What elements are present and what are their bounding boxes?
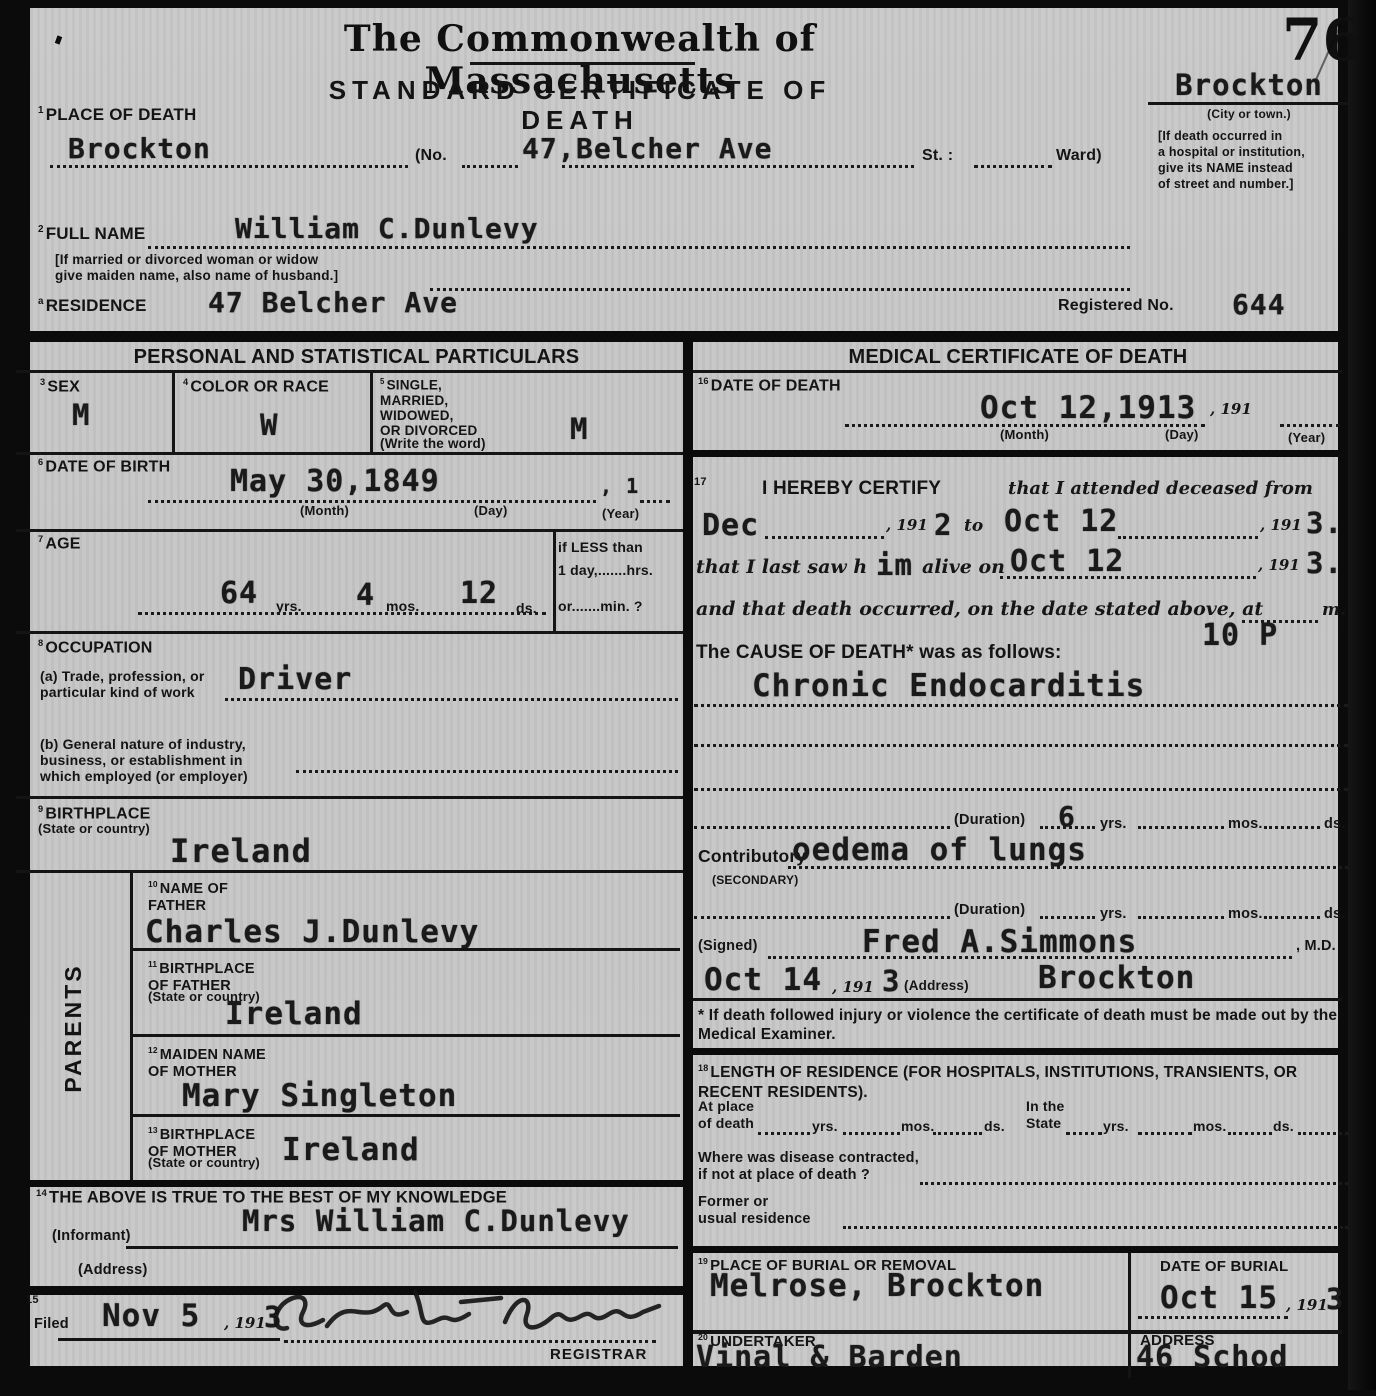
age-box-divider xyxy=(553,531,556,631)
duration2-lead-line xyxy=(694,916,950,919)
occupation-number: 8 xyxy=(38,638,43,648)
last-saw-year-value: 3. xyxy=(1306,546,1343,580)
last-saw-year-printed: , 191 xyxy=(1258,556,1300,574)
cause-of-death-label: The CAUSE OF DEATH* was as follows: xyxy=(696,642,1062,664)
mother-name-number: 12 xyxy=(148,1045,158,1055)
attended-from-year-value: 2 xyxy=(934,508,952,542)
full-name-number: 2 xyxy=(38,224,44,235)
examiner-note: * If death followed injury or violence t… xyxy=(698,1006,1346,1044)
informant-line xyxy=(126,1246,678,1249)
occupation-label: 8OCCUPATION xyxy=(38,638,153,658)
father-name-label: 10NAME OF FATHER xyxy=(148,876,228,915)
residence-text: RESIDENCE xyxy=(46,296,147,315)
age-line xyxy=(138,612,546,615)
row-rule-3 xyxy=(16,631,683,634)
house-number-value: 47, xyxy=(522,132,576,165)
death-date-value: Oct 12,1913 xyxy=(980,390,1196,426)
sign-rule xyxy=(693,998,1342,1001)
death-month-caption: (Month) xyxy=(1000,428,1049,443)
birth-value: May 30,1849 xyxy=(230,464,440,499)
scan-edge-top xyxy=(0,0,1376,8)
duration1-label: (Duration) xyxy=(954,812,1025,829)
death-certificate-scan: The Commonwealth of Massachusetts 76 STA… xyxy=(0,0,1376,1396)
father-birthplace-number: 11 xyxy=(148,959,157,969)
death-date-text: DATE OF DEATH xyxy=(711,377,841,394)
right-header-rule xyxy=(693,370,1342,373)
signed-label: (Signed) xyxy=(698,938,758,955)
birthplace-caption: (State or country) xyxy=(38,822,150,837)
burial-cell-divider xyxy=(1128,1253,1131,1332)
sign-year-printed: , 191 xyxy=(832,978,874,996)
birth-year-mark: , 1 xyxy=(600,474,639,498)
color-marital-divider xyxy=(370,373,373,452)
duration2-label: (Duration) xyxy=(954,902,1025,919)
full-name-text: FULL NAME xyxy=(46,224,146,243)
father-name-text: NAME OF FATHER xyxy=(148,881,228,914)
mother-birthplace-value: Ireland xyxy=(282,1132,420,1168)
scan-edge-bottom xyxy=(0,1390,1376,1396)
maiden-note: [If married or divorced woman or widow g… xyxy=(55,252,338,284)
mother-name-label: 12MAIDEN NAME OF MOTHER xyxy=(148,1042,266,1081)
commonwealth-underline xyxy=(470,62,695,65)
color-label: 4COLOR OR RACE xyxy=(183,377,329,397)
color-text: COLOR OR RACE xyxy=(190,378,329,395)
death-year-caption: (Year) xyxy=(1288,431,1325,446)
sex-value: M xyxy=(72,398,90,432)
contributory-line xyxy=(788,866,1348,869)
age-label: 7AGE xyxy=(38,534,81,554)
father-birthplace-value: Ireland xyxy=(225,996,363,1032)
attended-from-line xyxy=(765,536,884,539)
place-of-death-text: PLACE OF DEATH xyxy=(46,105,197,124)
mother-name-text: MAIDEN NAME OF MOTHER xyxy=(148,1047,266,1080)
row-rule-2 xyxy=(16,529,683,532)
at-place-label: At place of death xyxy=(698,1098,754,1132)
street-value: Belcher Ave xyxy=(576,132,772,165)
mother-name-line xyxy=(130,1114,680,1117)
certify-line1b: that I attended deceased from xyxy=(1008,478,1313,499)
death-date-label: 16DATE OF DEATH xyxy=(698,376,841,396)
contributory-label: Contributory xyxy=(698,846,806,866)
duration1-ds: ds. xyxy=(1324,816,1346,833)
birth-year-line xyxy=(640,500,670,503)
city-or-town-value: Brockton xyxy=(1150,68,1348,102)
place-line-2 xyxy=(462,165,518,168)
duration1-seg-3 xyxy=(1264,826,1320,829)
place-of-death-label: 1PLACE OF DEATH xyxy=(38,105,196,125)
full-name-label: 2FULL NAME xyxy=(38,224,145,244)
birthplace-value: Ireland xyxy=(170,832,312,870)
res-seg-6 xyxy=(1228,1132,1272,1135)
former-residence-label: Former or usual residence xyxy=(698,1194,811,1228)
sex-label: 3SEX xyxy=(40,377,80,397)
attended-to-line xyxy=(1118,536,1258,539)
res-yrs-2: yrs. xyxy=(1103,1118,1129,1134)
residence-label: aRESIDENCE xyxy=(38,296,147,316)
filed-line xyxy=(58,1338,280,1341)
informant-caption: (Informant) xyxy=(52,1228,131,1245)
sign-address-label: (Address) xyxy=(904,978,969,994)
duration1-seg-2 xyxy=(1138,826,1224,829)
hospital-note: [If death occurred in a hospital or inst… xyxy=(1158,128,1350,192)
residence18-bottom-bar xyxy=(693,1246,1342,1253)
row-rule-1 xyxy=(16,452,683,455)
death-date-bottom-bar xyxy=(693,450,1342,457)
residence-value: 47 Belcher Ave xyxy=(208,286,458,319)
residence18-number: 18 xyxy=(698,1063,708,1073)
duration2-mos: mos. xyxy=(1228,906,1263,923)
informant-number: 14 xyxy=(36,1188,47,1199)
burial-year-printed: , 191 xyxy=(1286,1296,1328,1314)
city-or-town-caption: (City or town.) xyxy=(1150,108,1348,122)
res-seg-3 xyxy=(933,1132,982,1135)
last-saw-mid: alive on xyxy=(922,556,1005,578)
occupation-b-line xyxy=(296,770,678,773)
last-saw-line xyxy=(1000,576,1256,579)
birth-line xyxy=(148,500,596,503)
filed-year-printed: , 191 xyxy=(224,1314,266,1332)
death-date-year-line xyxy=(1280,424,1340,427)
signed-line xyxy=(768,956,1292,959)
cause-line-3 xyxy=(694,788,1348,791)
marital-text: SINGLE, MARRIED, WIDOWED, OR DIVORCED xyxy=(380,378,477,438)
res-mos-1: mos. xyxy=(901,1118,934,1134)
duration1-seg-1 xyxy=(1040,826,1095,829)
father-birthplace-line xyxy=(130,1034,680,1037)
last-saw-fill: im xyxy=(876,548,913,582)
occupation-b-label: (b) General nature of industry, business… xyxy=(40,736,248,784)
cause-line-1 xyxy=(694,704,1348,707)
occupation-a-value: Driver xyxy=(238,662,352,697)
right-section-header: MEDICAL CERTIFICATE OF DEATH xyxy=(693,346,1343,369)
attended-from-value: Dec xyxy=(702,508,759,543)
mother-birthplace-caption: (State or country) xyxy=(148,1156,260,1171)
header-divider-bar xyxy=(16,331,1348,342)
row-rule-5 xyxy=(16,870,683,873)
sign-year-value: 3 xyxy=(882,964,900,998)
secondary-caption: (SECONDARY) xyxy=(712,874,798,888)
parents-bottom-bar xyxy=(16,1180,683,1187)
scan-edge-left xyxy=(0,8,16,1396)
undertaker-value: Vinal & Barden xyxy=(696,1340,963,1375)
age-days-value: 12 xyxy=(460,576,498,611)
father-name-value: Charles J.Dunlevy xyxy=(145,914,479,950)
birth-label: 6DATE OF BIRTH xyxy=(38,457,170,477)
age-text: AGE xyxy=(45,535,80,552)
signed-value: Fred A.Simmons xyxy=(862,924,1137,960)
duration2-seg-3 xyxy=(1264,916,1320,919)
mother-birthplace-number: 13 xyxy=(148,1125,158,1135)
burial-year-value: 3 xyxy=(1326,1282,1344,1316)
filed-label: Filed xyxy=(34,1316,69,1333)
examiner-bottom-bar xyxy=(693,1048,1342,1055)
burial-number: 19 xyxy=(698,1256,708,1266)
birthplace-number: 9 xyxy=(38,804,43,814)
duration2-yrs: yrs. xyxy=(1100,906,1127,923)
birth-number: 6 xyxy=(38,457,43,467)
birth-text: DATE OF BIRTH xyxy=(45,458,170,475)
age-months-value: 4 xyxy=(356,578,375,613)
certify-number: 17 xyxy=(694,476,707,489)
scan-edge-right xyxy=(1348,0,1376,1396)
burial-date-line xyxy=(1138,1316,1288,1319)
in-the-state-label: In the State xyxy=(1026,1098,1065,1132)
duration1-mos: mos. xyxy=(1228,816,1263,833)
death-day-caption: (Day) xyxy=(1165,428,1199,443)
full-name-value: William C.Dunlevy xyxy=(235,212,539,245)
attended-to-year-printed: , 191 xyxy=(1260,516,1302,534)
place-line-4 xyxy=(974,165,1052,168)
attended-to-value: Oct 12 xyxy=(1004,504,1118,539)
res-seg-2 xyxy=(843,1132,900,1135)
father-name-line xyxy=(130,948,680,951)
undertaker-cell-divider xyxy=(1128,1334,1131,1378)
undertaker-address-value: 46 Schod xyxy=(1136,1340,1289,1375)
occupation-a-label: (a) Trade, profession, or particular kin… xyxy=(40,668,204,700)
registered-no-label: Registered No. xyxy=(1058,297,1174,315)
marital-label: 5SINGLE, MARRIED, WIDOWED, OR DIVORCED xyxy=(380,374,477,438)
color-value: W xyxy=(260,408,278,442)
death-date-number: 16 xyxy=(698,376,709,386)
place-of-death-value: Brockton xyxy=(68,132,211,165)
age-less-note-2: or.......min. ? xyxy=(558,598,643,614)
father-name-number: 10 xyxy=(148,879,158,889)
no-label: (No. xyxy=(415,147,447,165)
burial-value: Melrose, Brockton xyxy=(710,1268,1044,1304)
occupation-a-line xyxy=(225,698,678,701)
death-occurred-text: and that death occurred, on the date sta… xyxy=(696,598,1263,620)
sex-color-divider xyxy=(172,373,175,452)
death-date-year-printed: , 191 xyxy=(1210,400,1252,418)
burial-date-value: Oct 15 xyxy=(1160,1280,1278,1316)
place-line-1 xyxy=(50,165,408,168)
certify-line1a: I HEREBY CERTIFY xyxy=(762,478,941,500)
row-rule-4 xyxy=(16,796,683,799)
attended-to-word: to xyxy=(964,516,983,536)
contracted-line xyxy=(920,1182,1348,1185)
sign-date-value: Oct 14 xyxy=(704,962,822,998)
birth-year-caption: (Year) xyxy=(602,507,639,522)
sex-number: 3 xyxy=(40,377,45,387)
birth-day-caption: (Day) xyxy=(474,504,508,519)
filed-date-value: Nov 5 xyxy=(102,1298,200,1334)
marital-number: 5 xyxy=(380,377,385,386)
residence-number: a xyxy=(38,296,44,307)
registrar-signature xyxy=(265,1282,665,1344)
sex-text: SEX xyxy=(47,378,80,395)
birth-month-caption: (Month) xyxy=(300,504,349,519)
res-mos-2: mos. xyxy=(1193,1118,1226,1134)
cause-line-2 xyxy=(694,744,1348,747)
duration2-seg-1 xyxy=(1040,916,1095,919)
age-less-note: if LESS than 1 day,.......hrs. xyxy=(558,536,653,582)
duration1-yrs: yrs. xyxy=(1100,816,1127,833)
birthplace-text: BIRTHPLACE xyxy=(45,805,150,822)
sign-address-value: Brockton xyxy=(1038,960,1195,996)
age-years-value: 64 xyxy=(220,576,258,611)
mother-name-value: Mary Singleton xyxy=(182,1078,457,1114)
full-name-line xyxy=(148,246,1130,249)
maiden-line xyxy=(430,288,1130,291)
occupation-text: OCCUPATION xyxy=(45,639,152,656)
marital-note: (Write the word) xyxy=(380,436,486,452)
duration1-lead-line xyxy=(694,826,950,829)
address-caption: (Address) xyxy=(78,1262,147,1279)
certificate-title: STANDARD CERTIFICATE OF DEATH xyxy=(275,76,885,136)
place-of-death-number: 1 xyxy=(38,105,44,116)
color-number: 4 xyxy=(183,377,188,387)
res-seg-1 xyxy=(758,1132,810,1135)
parents-side-label: PARENTS xyxy=(60,876,100,1180)
former-residence-line xyxy=(843,1226,1348,1229)
left-section-header: PERSONAL AND STATISTICAL PARTICULARS xyxy=(30,346,683,369)
ward-label: Ward) xyxy=(1056,147,1102,165)
duration2-ds: ds. xyxy=(1324,906,1346,923)
left-header-rule xyxy=(16,370,683,373)
city-or-town-underline xyxy=(1148,102,1348,105)
st-label: St. : xyxy=(922,147,953,165)
filed-number: 15 xyxy=(26,1294,39,1307)
age-number: 7 xyxy=(38,534,43,544)
residence18-text: LENGTH OF RESIDENCE (FOR HOSPITALS, INST… xyxy=(698,1064,1297,1101)
informant-value: Mrs William C.Dunlevy xyxy=(242,1204,630,1238)
contracted-label: Where was disease contracted, if not at … xyxy=(698,1150,919,1184)
contributory-value: oedema of lungs xyxy=(792,832,1087,868)
res-ds-2: ds. xyxy=(1273,1118,1294,1134)
death-time-value: 10 P xyxy=(1202,618,1278,653)
registrar-label: REGISTRAR xyxy=(550,1346,647,1363)
residence18-title: 18LENGTH OF RESIDENCE (FOR HOSPITALS, IN… xyxy=(698,1058,1348,1103)
res-ds-1: ds. xyxy=(984,1118,1005,1134)
last-saw-date: Oct 12 xyxy=(1010,544,1124,579)
place-line-3 xyxy=(562,165,914,168)
attended-from-year-printed: , 191 xyxy=(886,516,928,534)
parents-divider xyxy=(130,871,133,1182)
cause-of-death-value: Chronic Endocarditis xyxy=(752,668,1145,704)
column-divider xyxy=(683,331,693,1376)
res-seg-4 xyxy=(1066,1132,1102,1135)
res-seg-7 xyxy=(1298,1132,1348,1135)
death-occurred-m: m. xyxy=(1322,600,1346,620)
burial-date-label: DATE OF BURIAL xyxy=(1160,1258,1288,1275)
attended-to-year-value: 3. xyxy=(1306,506,1343,540)
duration2-seg-2 xyxy=(1138,916,1224,919)
res-seg-5 xyxy=(1138,1132,1192,1135)
md-label: , M.D. xyxy=(1296,938,1336,955)
registered-no-value: 644 xyxy=(1232,288,1286,321)
last-saw-prefix: that I last saw h xyxy=(696,556,867,578)
res-yrs-1: yrs. xyxy=(812,1118,838,1134)
marital-value: M xyxy=(570,412,588,446)
